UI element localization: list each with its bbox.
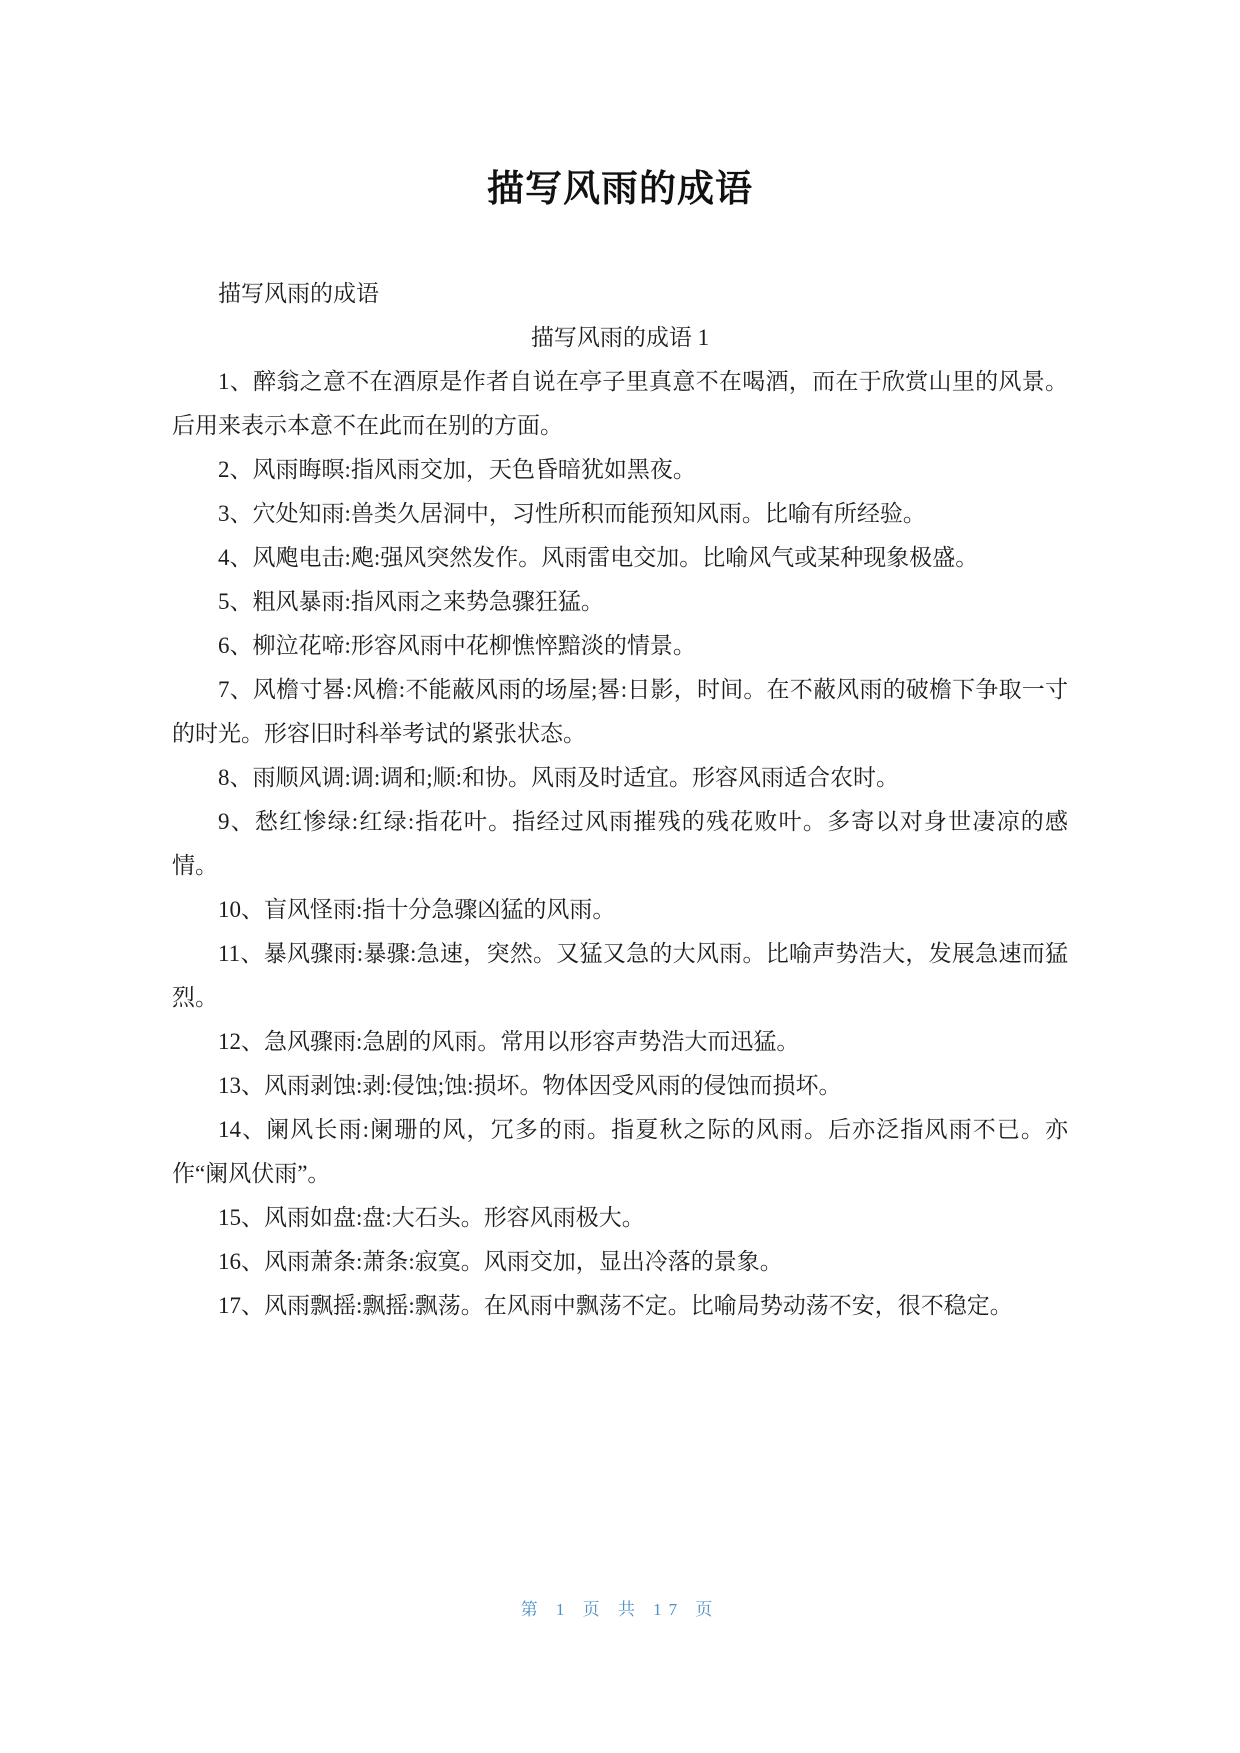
idiom-item: 3、穴处知雨:兽类久居洞中，习性所积而能预知风雨。比喻有所经验。 <box>172 492 1068 536</box>
idiom-item: 5、粗风暴雨:指风雨之来势急骤狂猛。 <box>172 580 1068 624</box>
section-heading: 描写风雨的成语 1 <box>172 316 1068 360</box>
idiom-item: 13、风雨剥蚀:剥:侵蚀;蚀:损坏。物体因受风雨的侵蚀而损坏。 <box>172 1064 1068 1108</box>
document-page: 描写风雨的成语 描写风雨的成语 描写风雨的成语 1 1、醉翁之意不在酒原是作者自… <box>0 0 1240 1753</box>
page-indicator: 第 1 页 共 17 页 <box>521 1600 720 1619</box>
idiom-item: 10、盲风怪雨:指十分急骤凶猛的风雨。 <box>172 888 1068 932</box>
idiom-item: 9、愁红惨绿:红绿:指花叶。指经过风雨摧残的残花败叶。多寄以对身世凄凉的感情。 <box>172 800 1068 888</box>
idiom-item: 2、风雨晦暝:指风雨交加，天色昏暗犹如黑夜。 <box>172 448 1068 492</box>
idiom-item: 12、急风骤雨:急剧的风雨。常用以形容声势浩大而迅猛。 <box>172 1020 1068 1064</box>
page-footer: 第 1 页 共 17 页 <box>0 1595 1240 1620</box>
idiom-item: 7、风檐寸晷:风檐:不能蔽风雨的场屋;晷:日影，时间。在不蔽风雨的破檐下争取一寸… <box>172 668 1068 756</box>
idiom-item: 4、风飑电击:飑:强风突然发作。风雨雷电交加。比喻风气或某种现象极盛。 <box>172 536 1068 580</box>
idiom-item: 6、柳泣花啼:形容风雨中花柳憔悴黯淡的情景。 <box>172 624 1068 668</box>
document-title: 描写风雨的成语 <box>172 158 1068 212</box>
idiom-list: 1、醉翁之意不在酒原是作者自说在亭子里真意不在喝酒，而在于欣赏山里的风景。后用来… <box>172 360 1068 1328</box>
document-content: 描写风雨的成语 描写风雨的成语 描写风雨的成语 1 1、醉翁之意不在酒原是作者自… <box>0 158 1240 1328</box>
idiom-item: 17、风雨飘摇:飘摇:飘荡。在风雨中飘荡不定。比喻局势动荡不安，很不稳定。 <box>172 1284 1068 1328</box>
idiom-item: 15、风雨如盘:盘:大石头。形容风雨极大。 <box>172 1196 1068 1240</box>
idiom-item: 11、暴风骤雨:暴骤:急速，突然。又猛又急的大风雨。比喻声势浩大，发展急速而猛烈… <box>172 932 1068 1020</box>
idiom-item: 8、雨顺风调:调:调和;顺:和协。风雨及时适宜。形容风雨适合农时。 <box>172 756 1068 800</box>
idiom-item: 14、阑风长雨:阑珊的风，冗多的雨。指夏秋之际的风雨。后亦泛指风雨不已。亦作“阑… <box>172 1108 1068 1196</box>
idiom-item: 1、醉翁之意不在酒原是作者自说在亭子里真意不在喝酒，而在于欣赏山里的风景。后用来… <box>172 360 1068 448</box>
intro-line: 描写风雨的成语 <box>172 272 1068 316</box>
idiom-item: 16、风雨萧条:萧条:寂寞。风雨交加，显出冷落的景象。 <box>172 1240 1068 1284</box>
